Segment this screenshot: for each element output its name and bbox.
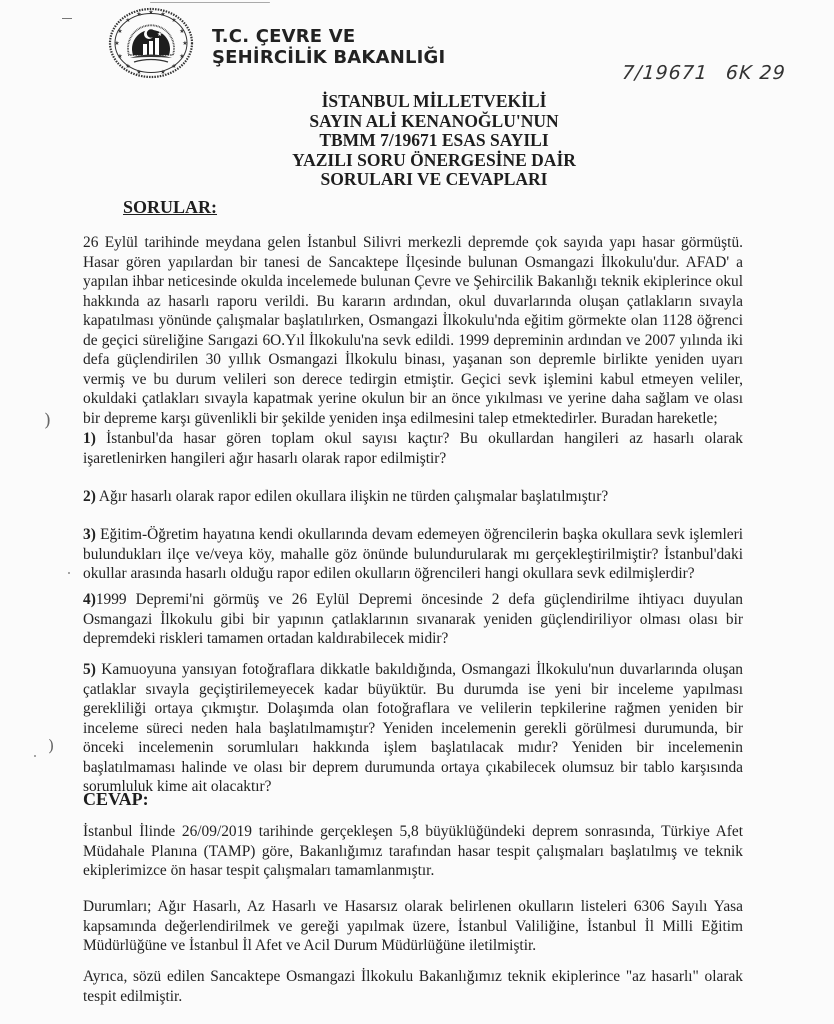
answer-heading: CEVAP: — [83, 789, 149, 810]
svg-text:★: ★ — [125, 17, 130, 24]
document-title: İSTANBUL MİLLETVEKİLİ SAYIN ALİ KENANOĞL… — [240, 92, 628, 190]
question-text: Kamuoyuna yansıyan fotoğraflara dikkatle… — [83, 661, 743, 795]
question-number: 3) — [83, 526, 96, 543]
svg-text:★: ★ — [179, 28, 184, 35]
answer-paragraph: Ayrıca, sözü edilen Sancaktepe Osmangazi… — [83, 967, 743, 1006]
document-page: ★★★ ★★★ ★★★ ★★★ ★★★ ★ T.C. ÇEVRE VE ŞEHİ… — [0, 0, 834, 1024]
ministry-name-line-2: ŞEHİRCİLİK BAKANLIĞI — [212, 47, 445, 68]
svg-text:★: ★ — [148, 9, 153, 16]
answer-paragraph: Durumları; Ağır Hasarlı, Az Hasarlı ve H… — [83, 897, 743, 956]
scan-speck — [34, 755, 36, 757]
question-item: 4)1999 Depremi'ni görmüş ve 26 Eylül Dep… — [83, 590, 743, 649]
question-text: Ağır hasarlı olarak rapor edilen okullar… — [96, 488, 608, 505]
question-item: 1) İstanbul'da hasar gören toplam okul s… — [83, 429, 743, 468]
question-text: 1999 Depremi'ni görmüş ve 26 Eylül Depre… — [83, 591, 743, 647]
svg-text:★: ★ — [160, 11, 165, 18]
question-item: 5) Kamuoyuna yansıyan fotoğraflara dikka… — [83, 660, 743, 797]
handwritten-reference: 7/196716K 29 — [621, 62, 786, 84]
svg-text:★: ★ — [136, 11, 141, 18]
question-text: İstanbul'da hasar gören toplam okul sayı… — [83, 430, 743, 467]
ministry-emblem-icon: ★★★ ★★★ ★★★ ★★★ ★★★ ★ — [108, 7, 194, 79]
question-item: 3) Eğitim-Öğretim hayatına kendi okullar… — [83, 525, 743, 584]
svg-text:★: ★ — [157, 31, 162, 38]
title-line: SORULARI VE CEVAPLARI — [240, 170, 628, 190]
handwritten-ref-number: 7/19671 — [621, 62, 708, 84]
svg-text:★: ★ — [117, 28, 122, 35]
svg-text:★: ★ — [182, 40, 187, 47]
title-line: TBMM 7/19671 ESAS SAYILI — [240, 131, 628, 151]
title-line: SAYIN ALİ KENANOĞLU'NUN — [240, 112, 628, 132]
margin-mark: ) — [48, 736, 54, 755]
title-line: YAZILI SORU ÖNERGESİNE DAİR — [240, 151, 628, 171]
scan-edge-line — [150, 2, 270, 3]
question-number: 4) — [83, 591, 96, 608]
question-number: 5) — [83, 661, 96, 678]
svg-text:★: ★ — [171, 63, 176, 70]
svg-text:★: ★ — [117, 53, 122, 60]
svg-text:★: ★ — [125, 63, 130, 70]
question-number: 2) — [83, 488, 96, 505]
questions-intro-paragraph: 26 Eylül tarihinde meydana gelen İstanbu… — [83, 233, 743, 428]
handwritten-note: 6K 29 — [725, 62, 786, 84]
title-line: İSTANBUL MİLLETVEKİLİ — [240, 92, 628, 112]
question-number: 1) — [83, 430, 96, 447]
svg-text:★: ★ — [179, 53, 184, 60]
questions-heading: SORULAR: — [123, 197, 217, 218]
svg-text:★: ★ — [171, 17, 176, 24]
scan-corner-mark — [62, 18, 72, 19]
svg-text:★: ★ — [160, 69, 165, 76]
margin-mark: ) — [44, 410, 51, 431]
scan-speck — [68, 572, 70, 574]
svg-text:★: ★ — [136, 69, 141, 76]
svg-text:★: ★ — [114, 40, 119, 47]
ministry-name: T.C. ÇEVRE VE ŞEHİRCİLİK BAKANLIĞI — [212, 26, 445, 68]
question-item: 2) Ağır hasarlı olarak rapor edilen okul… — [83, 487, 743, 507]
ministry-name-line-1: T.C. ÇEVRE VE — [212, 26, 445, 47]
question-text: Eğitim-Öğretim hayatına kendi okullarınd… — [83, 526, 743, 582]
answer-paragraph: İstanbul İlinde 26/09/2019 tarihinde ger… — [83, 822, 743, 881]
